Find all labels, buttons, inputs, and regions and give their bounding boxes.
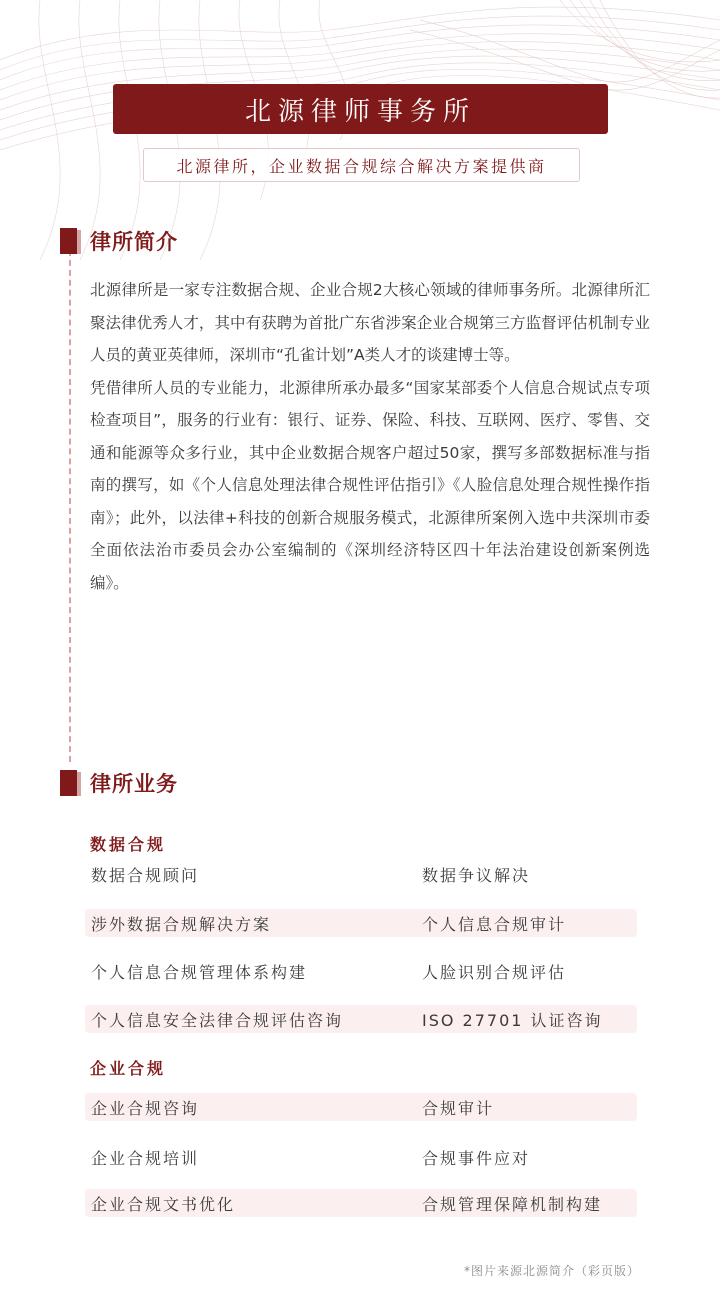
service-item: 数据争议解决 [422,863,637,886]
service-item: 数据合规顾问 [85,863,422,886]
service-row: 企业合规咨询 合规审计 [85,1093,637,1121]
service-item: 个人信息安全法律合规评估咨询 [85,1008,422,1031]
category-title-corporate-compliance: 企业合规 [90,1056,166,1079]
service-item: ISO 27701 认证咨询 [422,1008,637,1031]
service-row: 涉外数据合规解决方案 个人信息合规审计 [85,909,637,937]
intro-paragraph: 凭借律所人员的专业能力，北源律所承办最多“国家某部委个人信息合规试点专项检查项目… [90,372,650,600]
firm-title: 北源律师事务所 [245,91,476,128]
section-title-business: 律所业务 [90,768,178,798]
service-row: 数据合规顾问 数据争议解决 [85,860,637,888]
service-item: 企业合规文书优化 [85,1192,422,1215]
firm-tagline-text: 北源律所，企业数据合规综合解决方案提供商 [176,154,546,177]
image-source-footnote: *图片来源北源简介（彩页版） [464,1262,640,1279]
section-header-business: 律所业务 [60,768,178,798]
service-item: 合规审计 [422,1096,637,1119]
firm-title-banner: 北源律师事务所 [113,84,608,134]
intro-body: 北源律所是一家专注数据合规、企业合规2大核心领域的律师事务所。北源律所汇聚法律优… [90,274,650,599]
book-block-icon [60,770,82,796]
service-item: 人脸识别合规评估 [422,960,637,983]
service-item: 个人信息合规管理体系构建 [85,960,422,983]
service-item: 企业合规培训 [85,1146,422,1169]
firm-tagline: 北源律所，企业数据合规综合解决方案提供商 [143,148,580,182]
intro-paragraph: 北源律所是一家专注数据合规、企业合规2大核心领域的律师事务所。北源律所汇聚法律优… [90,274,650,372]
section-header-intro: 律所简介 [60,226,178,256]
section-title-intro: 律所简介 [90,226,178,256]
category-title-data-compliance: 数据合规 [90,832,166,855]
service-item: 合规管理保障机制构建 [422,1192,637,1215]
service-row: 企业合规培训 合规事件应对 [85,1143,637,1171]
book-block-icon [60,228,82,254]
dashed-timeline-line [69,250,71,762]
service-item: 个人信息合规审计 [422,912,637,935]
service-row: 个人信息合规管理体系构建 人脸识别合规评估 [85,957,637,985]
service-row: 企业合规文书优化 合规管理保障机制构建 [85,1189,637,1217]
service-item: 合规事件应对 [422,1146,637,1169]
service-item: 企业合规咨询 [85,1096,422,1119]
service-row: 个人信息安全法律合规评估咨询 ISO 27701 认证咨询 [85,1005,637,1033]
service-item: 涉外数据合规解决方案 [85,912,422,935]
